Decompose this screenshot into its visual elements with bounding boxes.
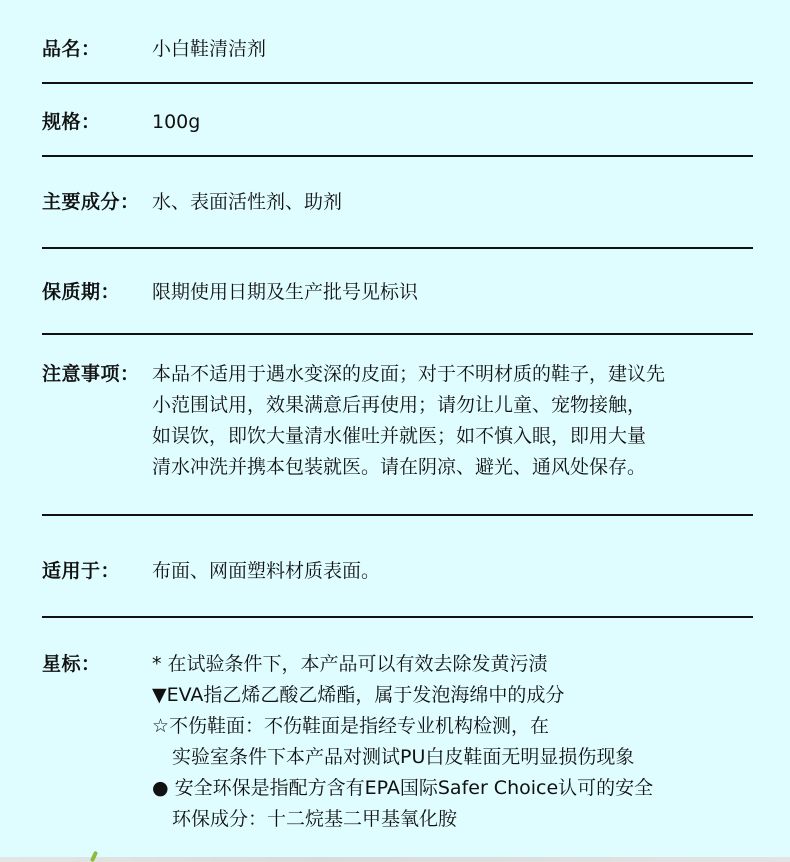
separator-line bbox=[42, 333, 753, 335]
ingredients-text: 水、表面活性剂、助剂 bbox=[152, 187, 342, 218]
applicable-label: 适用于： bbox=[42, 556, 120, 583]
ingredients-value: 水、表面活性剂、助剂 bbox=[152, 187, 342, 218]
product-name-label: 品名： bbox=[42, 34, 101, 61]
footnotes-label: 星标： bbox=[42, 649, 101, 676]
precautions-line: 本品不适用于遇水变深的皮面；对于不明材质的鞋子，建议先 bbox=[152, 359, 665, 390]
spec-text: 100g bbox=[152, 107, 200, 138]
separator-line bbox=[42, 616, 753, 618]
shelf-life-label: 保质期： bbox=[42, 277, 120, 304]
precautions-line: 小范围试用，效果满意后再使用；请勿让儿童、宠物接触， bbox=[152, 390, 665, 421]
footnote-star-continued: 实验室条件下本产品对测试PU白皮鞋面无明显损伤现象 bbox=[152, 742, 653, 773]
separator-line bbox=[42, 82, 753, 84]
footnote-triangle: ▼EVA指乙烯乙酸乙烯酯，属于发泡海绵中的成分 bbox=[152, 680, 653, 711]
footnote-bullet: ● 安全环保是指配方含有EPA国际Safer Choice认可的安全 bbox=[152, 773, 653, 804]
precautions-line: 清水冲洗并携本包装就医。请在阴凉、避光、通风处保存。 bbox=[152, 452, 665, 483]
spec-value: 100g bbox=[152, 107, 200, 138]
bottom-image-edge bbox=[0, 857, 790, 862]
ingredients-label: 主要成分： bbox=[42, 187, 140, 214]
precautions-label: 注意事项： bbox=[42, 359, 140, 386]
applicable-text: 布面、网面塑料材质表面。 bbox=[152, 556, 380, 587]
shelf-life-value: 限期使用日期及生产批号见标识 bbox=[152, 277, 418, 308]
precautions-value: 本品不适用于遇水变深的皮面；对于不明材质的鞋子，建议先 小范围试用，效果满意后再… bbox=[152, 359, 665, 483]
footnote-star: ☆不伤鞋面：不伤鞋面是指经专业机构检测，在 bbox=[152, 711, 653, 742]
applicable-value: 布面、网面塑料材质表面。 bbox=[152, 556, 380, 587]
precautions-line: 如误饮，即饮大量清水催吐并就医；如不慎入眼，即用大量 bbox=[152, 421, 665, 452]
product-name-value: 小白鞋清洁剂 bbox=[152, 34, 266, 65]
shelf-life-text: 限期使用日期及生产批号见标识 bbox=[152, 277, 418, 308]
footnote-bullet-continued: 环保成分：十二烷基二甲基氧化胺 bbox=[152, 804, 653, 835]
separator-line bbox=[42, 514, 753, 516]
footnotes-value: * 在试验条件下，本产品可以有效去除发黄污渍 ▼EVA指乙烯乙酸乙烯酯，属于发泡… bbox=[152, 649, 653, 835]
footnote-asterisk: * 在试验条件下，本产品可以有效去除发黄污渍 bbox=[152, 649, 653, 680]
product-name-text: 小白鞋清洁剂 bbox=[152, 34, 266, 65]
separator-line bbox=[42, 155, 753, 157]
spec-label: 规格： bbox=[42, 107, 101, 134]
separator-line bbox=[42, 247, 753, 249]
